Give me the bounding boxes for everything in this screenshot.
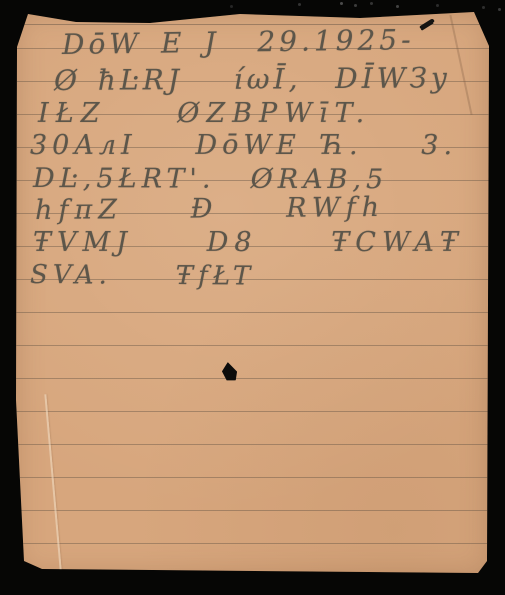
handwriting-line-3: IŁZ ØZBPWīT. <box>38 98 371 129</box>
handwriting-line-4: 30AлI DōWE Ћ. 3. <box>30 130 457 161</box>
handwriting-line-6: hfπZ Đ RWfh <box>35 192 385 226</box>
handwriting-line-2: Ø ħĿRJ íωĪ, DĪWЗy <box>54 61 451 97</box>
handwriting-line-8: SVA. ŦfŁT <box>30 260 255 292</box>
handwriting-line-5: DĿ,5ŁRT'. ØRAB,5 <box>33 163 388 195</box>
handwriting-line-7: ŦVMJ D8 ŦCWAŦ <box>33 227 464 258</box>
dust-specks <box>340 2 343 5</box>
handwriting-line-1: DōW E J 29.1925- <box>62 23 415 61</box>
photo-background: DōW E J 29.1925- Ø ħĿRJ íωĪ, DĪWЗy IŁZ Ø… <box>0 0 505 595</box>
note-paper: DōW E J 29.1925- Ø ħĿRJ íωĪ, DĪWЗy IŁZ Ø… <box>16 12 489 575</box>
